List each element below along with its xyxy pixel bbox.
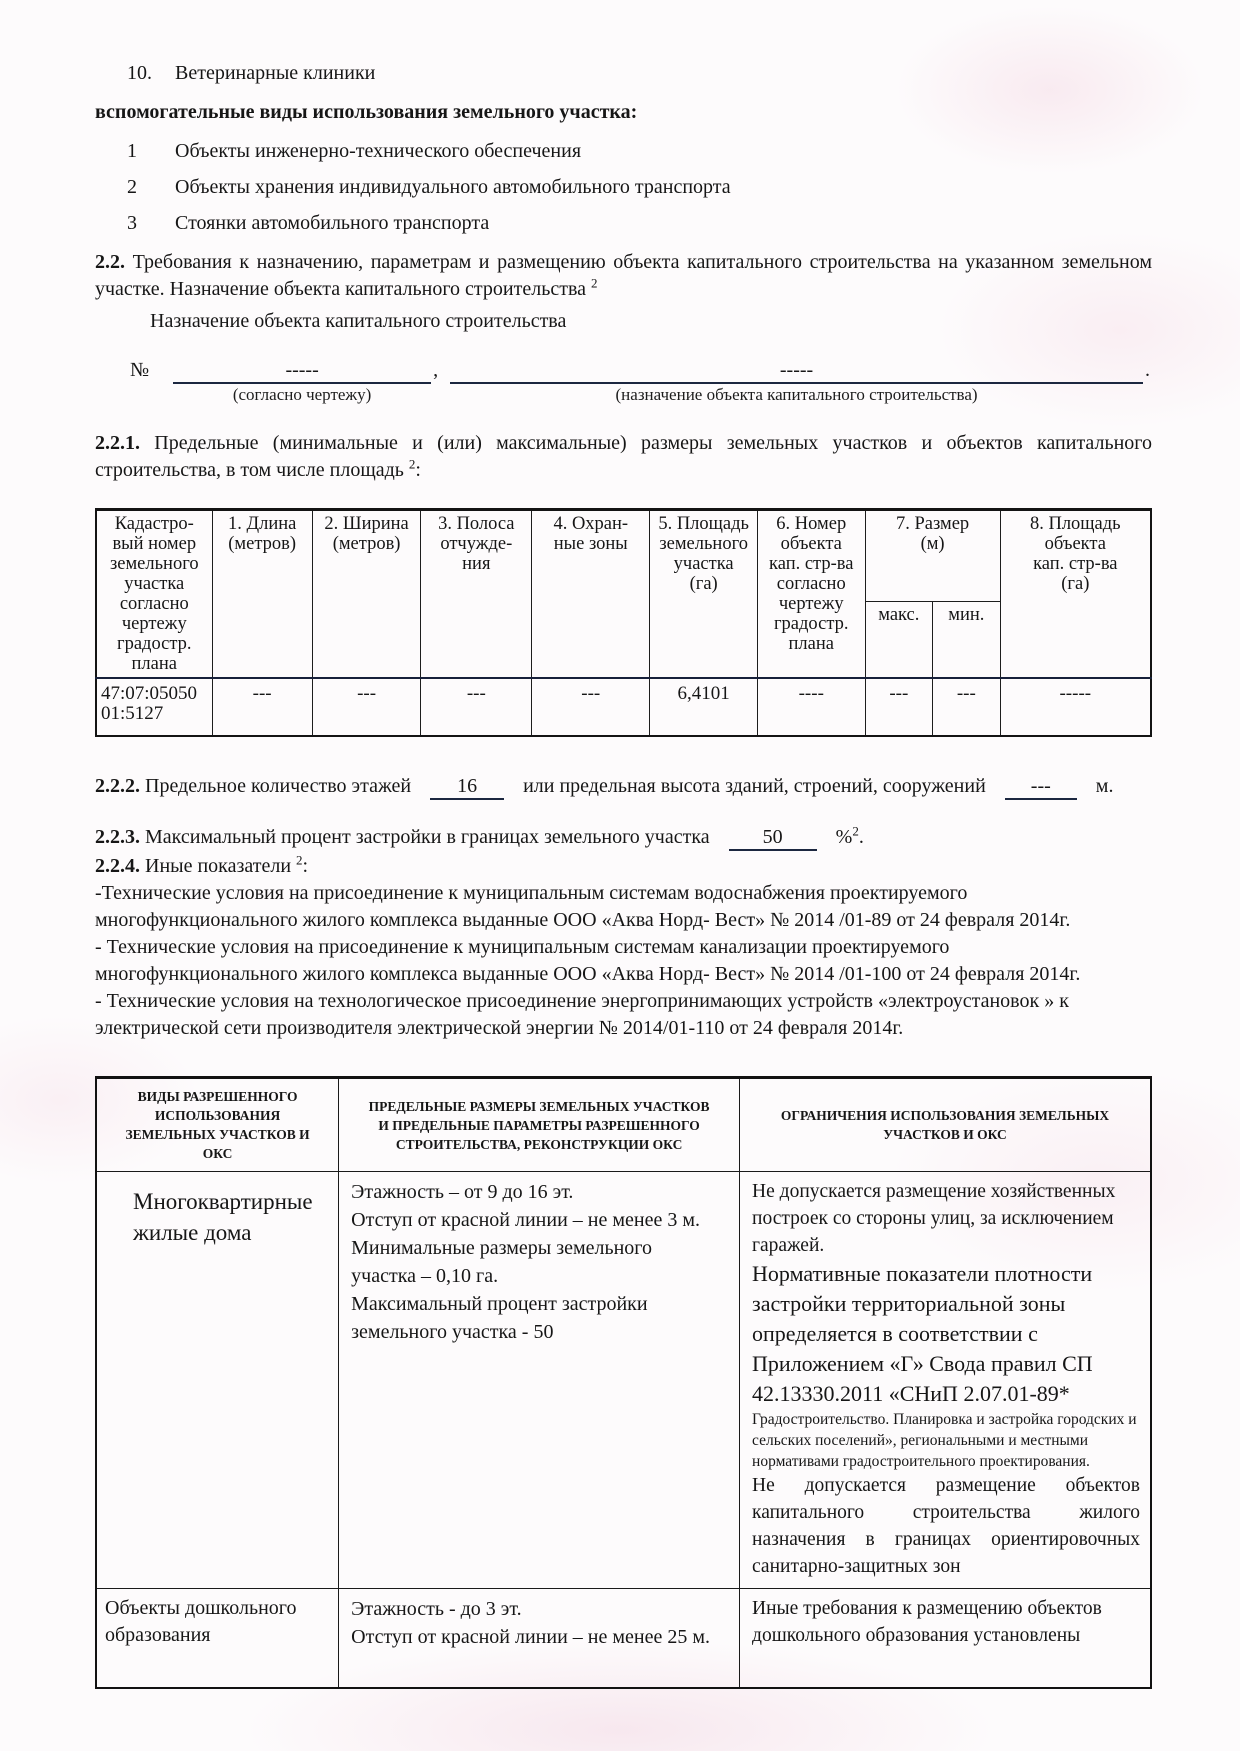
header-cadastral-number: Кадастро- вый номер земельного участка с… <box>96 510 212 679</box>
tech-conditions-water: -Технические условия на присоединение к … <box>95 880 1152 934</box>
header-limit-parameters: ПРЕДЕЛЬНЫЕ РАЗМЕРЫ ЗЕМЕЛЬНЫХ УЧАСТКОВ И … <box>339 1078 740 1172</box>
cell-parameters: Этажность – от 9 до 16 эт. Отступ от кра… <box>339 1172 740 1589</box>
cell-width: --- <box>312 678 421 736</box>
header-protected-zones: 4. Охран- ные зоны <box>532 510 650 679</box>
aux-list-item-3: 3 Стоянки автомобильного транспорта <box>127 210 1152 237</box>
cell-cadastral-number: 47:07:05050 01:5127 <box>96 678 212 736</box>
limits-table: Кадастро- вый номер земельного участка с… <box>95 508 1152 737</box>
section-text: Предельные (минимальные и (или) максимал… <box>95 432 1152 481</box>
zoning-header-row: ВИДЫ РАЗРЕШЕННОГО ИСПОЛЬЗОВАНИЯ ЗЕМЕЛЬНЫ… <box>96 1078 1151 1172</box>
section-2-2-1-paragraph: 2.2.1. Предельные (минимальные и (или) м… <box>95 430 1152 484</box>
table-header-row: Кадастро- вый номер земельного участка с… <box>96 510 1151 602</box>
cell-size-min: --- <box>933 678 1001 736</box>
subheader-max: макс. <box>865 601 933 678</box>
header-length: 1. Длина (метров) <box>212 510 312 679</box>
document-content: 10. Ветеринарные клиники вспомогательные… <box>0 0 1240 1689</box>
header-permitted-use: ВИДЫ РАЗРЕШЕННОГО ИСПОЛЬЗОВАНИЯ ЗЕМЕЛЬНЫ… <box>96 1078 339 1172</box>
list-item-text: Стоянки автомобильного транспорта <box>175 210 489 237</box>
section-text: Максимальный процент застройки в граница… <box>145 826 710 848</box>
cell-restrictions: Не допускается размещение хозяйственных … <box>740 1172 1151 1589</box>
restriction-paragraph: Нормативные показатели плотности застрой… <box>752 1259 1140 1409</box>
list-item-number: 3 <box>127 210 175 237</box>
list-item-number: 2 <box>127 174 175 201</box>
cell-use-type: Объекты дошкольного образования <box>96 1589 339 1689</box>
aux-usage-heading: вспомогательные виды использования земел… <box>95 99 1152 126</box>
header-land-area: 5. Площадь земельного участка (га) <box>650 510 758 679</box>
restriction-paragraph: Иные требования к размещению объектов до… <box>752 1595 1140 1649</box>
unit-label: % <box>836 826 853 848</box>
aux-list-item-1: 1 Объекты инженерно-технического обеспеч… <box>127 138 1152 165</box>
zoning-row-apartments: Многоквартирные жилые дома Этажность – о… <box>96 1172 1151 1589</box>
cell-protected-zones: --- <box>532 678 650 736</box>
cell-land-area: 6,4101 <box>650 678 758 736</box>
footnote-ref: 2 <box>591 275 598 290</box>
section-2-2-4-heading: 2.2.4. Иные показатели 2: <box>95 853 1152 880</box>
section-number: 2.2.2. <box>95 775 140 797</box>
number-sign-label: № <box>130 357 149 384</box>
section-2-2-paragraph: 2.2. Требования к назначению, параметрам… <box>95 249 1152 303</box>
cell-object-area: ----- <box>1000 678 1151 736</box>
section-text: Предельное количество этажей <box>145 775 411 797</box>
section-number: 2.2. <box>95 251 125 273</box>
unit-label: м. <box>1096 775 1114 797</box>
header-alienation-strip: 3. Полоса отчужде- ния <box>421 510 532 679</box>
list-item-text: Ветеринарные клиники <box>175 60 375 87</box>
blank-value: ----- <box>780 359 813 381</box>
cell-length: --- <box>212 678 312 736</box>
list-item-number: 1 <box>127 138 175 165</box>
blank-field-object-purpose: ----- (назначение объекта капитального с… <box>450 358 1143 384</box>
colon: : <box>303 855 309 877</box>
colon: : <box>415 459 421 481</box>
aux-list-item-2: 2 Объекты хранения индивидуального автом… <box>127 174 1152 201</box>
list-item-number: 10. <box>127 60 175 87</box>
section-2-2-3-line: 2.2.3. Максимальный процент застройки в … <box>95 824 1152 851</box>
building-percent-value: 50 <box>729 825 817 851</box>
period: . <box>1145 357 1150 384</box>
section-text: или предельная высота зданий, строений, … <box>523 775 986 797</box>
restriction-paragraph: Градостроительство. Планировка и застрой… <box>752 1409 1140 1472</box>
header-object-area: 8. Площадь объекта кап. стр-ва (га) <box>1000 510 1151 679</box>
header-size: 7. Размер (м) <box>865 510 1000 602</box>
blank-value: ----- <box>285 359 318 381</box>
section-number: 2.2.3. <box>95 826 140 848</box>
section-text: Требования к назначению, параметрам и ра… <box>95 251 1152 300</box>
restriction-paragraph: Не допускается размещение объектов капит… <box>752 1472 1140 1580</box>
cell-object-number: ---- <box>757 678 865 736</box>
zoning-row-preschool: Объекты дошкольного образования Этажност… <box>96 1589 1151 1689</box>
blank-field-drawing-number: ----- (согласно чертежу) <box>173 358 431 384</box>
zoning-table: ВИДЫ РАЗРЕШЕННОГО ИСПОЛЬЗОВАНИЯ ЗЕМЕЛЬНЫ… <box>95 1076 1152 1689</box>
cell-size-max: --- <box>865 678 933 736</box>
section-text: Иные показатели <box>145 855 291 877</box>
table-data-row: 47:07:05050 01:5127 --- --- --- --- 6,41… <box>96 678 1151 736</box>
cell-alienation-strip: --- <box>421 678 532 736</box>
list-item-10: 10. Ветеринарные клиники <box>127 60 1152 87</box>
comma: , <box>433 357 438 384</box>
list-item-text: Объекты хранения индивидуального автомоб… <box>175 174 731 201</box>
header-width: 2. Ширина (метров) <box>312 510 421 679</box>
period: . <box>859 826 864 848</box>
blank-caption: (согласно чертежу) <box>233 385 372 404</box>
tech-conditions-power: - Технические условия на технологическое… <box>95 988 1152 1042</box>
blank-caption: (назначение объекта капитального строите… <box>616 385 978 404</box>
section-2-2-2-line: 2.2.2. Предельное количество этажей 16 и… <box>95 773 1152 800</box>
cell-restrictions: Иные требования к размещению объектов до… <box>740 1589 1151 1689</box>
header-object-number: 6. Номер объекта кап. стр-ва согласно че… <box>757 510 865 679</box>
restriction-paragraph: Не допускается размещение хозяйственных … <box>752 1178 1140 1259</box>
floors-count-value: 16 <box>430 774 504 800</box>
tech-conditions-sewage: - Технические условия на присоединение к… <box>95 934 1152 988</box>
cell-use-type: Многоквартирные жилые дома <box>96 1172 339 1589</box>
document-page: 10. Ветеринарные клиники вспомогательные… <box>0 0 1240 1751</box>
section-number: 2.2.4. <box>95 855 140 877</box>
construction-purpose-subline: Назначение объекта капитального строител… <box>150 308 1152 335</box>
subheader-min: мин. <box>933 601 1001 678</box>
section-number: 2.2.1. <box>95 432 140 454</box>
cell-parameters: Этажность - до 3 эт. Отступ от красной л… <box>339 1589 740 1689</box>
object-number-form-line: № ----- (согласно чертежу) , ----- (назн… <box>95 357 1152 384</box>
header-use-restrictions: ОГРАНИЧЕНИЯ ИСПОЛЬЗОВАНИЯ ЗЕМЕЛЬНЫХ УЧАС… <box>740 1078 1151 1172</box>
max-height-value: --- <box>1005 774 1077 800</box>
list-item-text: Объекты инженерно-технического обеспечен… <box>175 138 581 165</box>
